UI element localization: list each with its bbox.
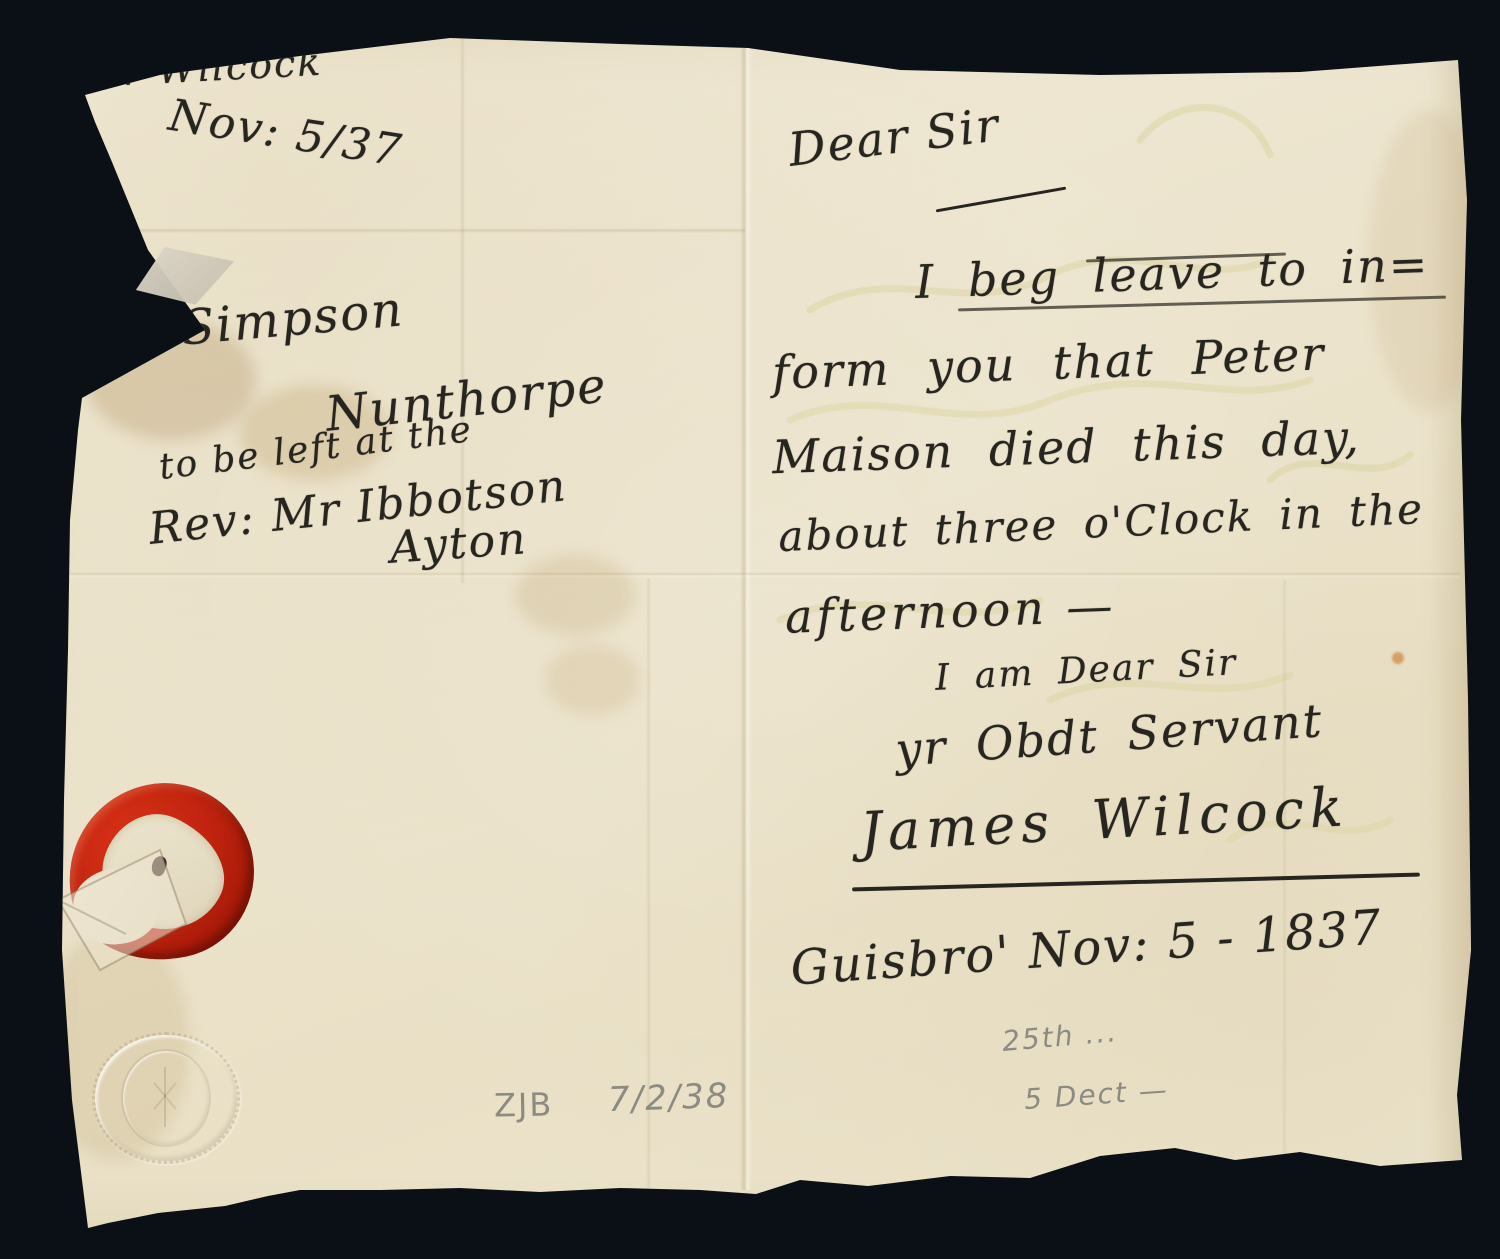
horizontal-fold-top	[85, 228, 745, 233]
stain	[515, 555, 635, 635]
archivist-initials: ZJB	[494, 1085, 554, 1124]
body-line-5: afternoon —	[784, 578, 1117, 644]
embossed-stamp	[92, 1032, 240, 1164]
pencil-note-1: 25th ...	[1001, 1015, 1119, 1058]
letter-paper: Mr Wilcock Nov: 5/37 Mr Simpson Nunthorp…	[0, 0, 1500, 1259]
address-line-1: Mr Simpson	[86, 281, 406, 364]
photo-background: Mr Wilcock Nov: 5/37 Mr Simpson Nunthorp…	[0, 0, 1500, 1259]
archivist-date: 7/2/38	[607, 1076, 730, 1120]
paper-flap	[38, 838, 248, 988]
docket-date: Nov: 5/37	[165, 90, 406, 177]
pencil-note-2: 5 Dect —	[1023, 1073, 1170, 1116]
docket-name: Mr Wilcock	[81, 40, 323, 97]
address-line-5: Ayton	[388, 513, 529, 573]
stain	[545, 645, 640, 715]
stain	[926, 26, 940, 40]
